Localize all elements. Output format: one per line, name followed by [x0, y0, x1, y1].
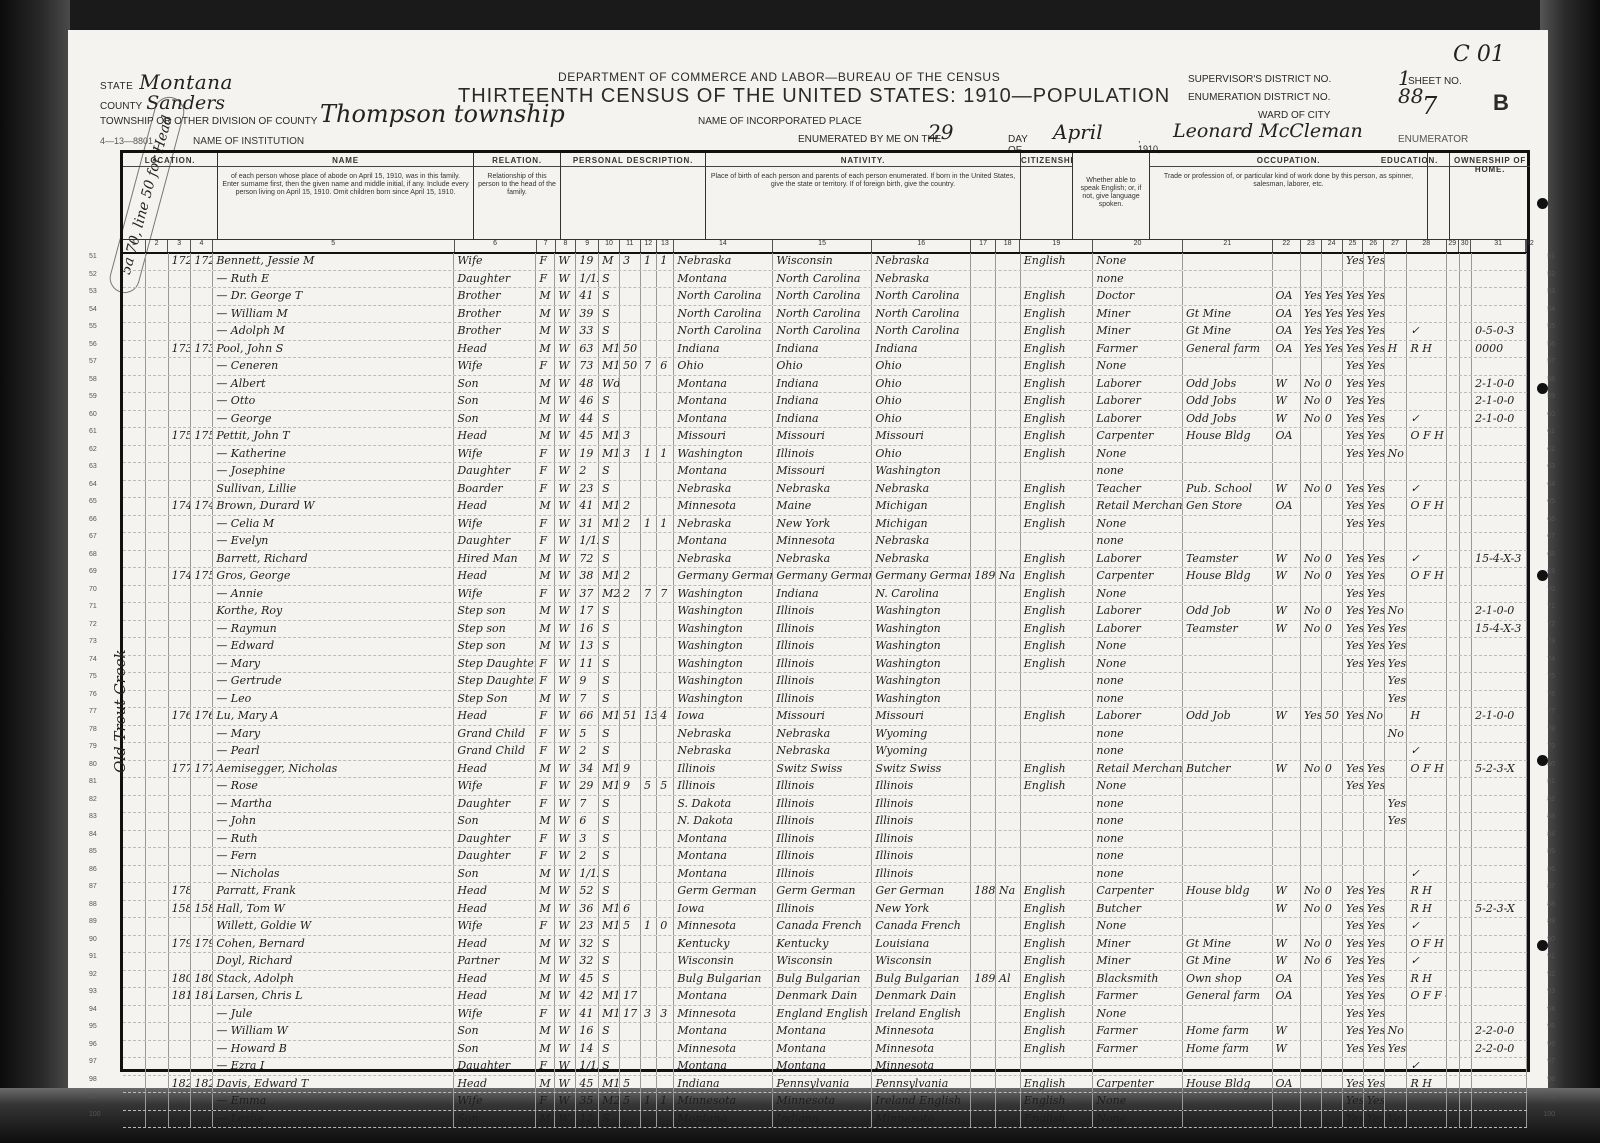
cell-mother-birth: Missouri [872, 428, 971, 445]
cell-blank2 [1460, 673, 1472, 690]
cell-birth: Montana [674, 533, 773, 550]
cell-industry [1183, 586, 1273, 603]
cell-language: English [1021, 1023, 1094, 1040]
cell-street [123, 848, 146, 865]
cell-write: Yes [1364, 1076, 1385, 1093]
column-number: 31 [1471, 240, 1526, 252]
table-row: 55— Adolph MBrotherMW33SNorth CarolinaNo… [123, 323, 1527, 341]
cell-born [641, 411, 657, 428]
department-heading: DEPARTMENT OF COMMERCE AND LABOR—BUREAU … [558, 70, 1000, 84]
cell-weeks: 0 [1322, 621, 1343, 638]
cell-blank2 [1460, 1093, 1472, 1110]
cell-blank2 [1460, 568, 1472, 585]
cell-years-married: 3 [620, 253, 641, 270]
table-row: 54— William MBrotherMW39SNorth CarolinaN… [123, 306, 1527, 324]
cell-race: W [555, 288, 576, 305]
cell-language: English [1021, 638, 1094, 655]
cell-father-birth: Illinois [773, 621, 872, 638]
cell-immig [971, 848, 996, 865]
cell-years-married: 6 [620, 901, 641, 918]
cell-living [657, 1041, 674, 1058]
cell-language: English [1021, 778, 1094, 795]
cell-house [146, 481, 169, 498]
cell-street [123, 411, 146, 428]
cell-living: 0 [657, 918, 674, 935]
cell-relation: Grand Child [454, 743, 536, 760]
cell-sex: M [536, 761, 555, 778]
cell-birth: Indiana [674, 1076, 773, 1093]
cell-weeks: 0 [1322, 393, 1343, 410]
cell-relation: Son [454, 1023, 536, 1040]
cell-school [1385, 323, 1408, 340]
cell-school [1385, 253, 1408, 270]
cell-street [123, 901, 146, 918]
cell-immig [971, 813, 996, 830]
sheet-number: 7 [1422, 92, 1437, 120]
cell-age: 48 [576, 376, 599, 393]
cell-industry: Odd Jobs [1183, 393, 1273, 410]
cell-trade: Carpenter [1093, 1076, 1183, 1093]
cell-relation: Daughter [454, 533, 536, 550]
cell-sex: F [536, 1006, 555, 1023]
cell-language: English [1021, 1093, 1094, 1110]
cell-house [146, 446, 169, 463]
cell-mother-birth: Nebraska [872, 481, 971, 498]
cell-language [1021, 691, 1094, 708]
cell-years-married [620, 306, 641, 323]
line-number-right: 99 [1547, 1093, 1555, 1100]
cell-natur [996, 1023, 1021, 1040]
cell-own: O F F 41 [1407, 988, 1447, 1005]
cell-trade: Farmer [1093, 988, 1183, 1005]
line-number: 68 [89, 551, 97, 558]
cell-birth: Washington [674, 673, 773, 690]
cell-birth: Montana [674, 1023, 773, 1040]
cell-street [123, 551, 146, 568]
cell-language: English [1021, 656, 1094, 673]
cell-immig [971, 323, 996, 340]
table-row: 59— OttoSonMW46SMontanaIndianaOhioEnglis… [123, 393, 1527, 411]
cell-relation: Wife [454, 358, 536, 375]
line-number: 70 [89, 586, 97, 593]
enumerator-label: ENUMERATOR [1398, 134, 1468, 145]
cell-ownership-code [1472, 271, 1527, 288]
cell-own [1407, 516, 1447, 533]
cell-family [191, 848, 213, 865]
cell-years-married: 50 [620, 341, 641, 358]
cell-natur [996, 866, 1021, 883]
cell-father-birth: North Carolina [773, 323, 872, 340]
cell-birth: Illinois [674, 761, 773, 778]
cell-blank1 [1447, 1093, 1459, 1110]
cell-write: Yes [1364, 953, 1385, 970]
cell-ownership-code: 15-4-X-3 [1472, 551, 1527, 568]
cell-family [191, 831, 213, 848]
cell-born [641, 796, 657, 813]
cell-blank1 [1447, 428, 1459, 445]
cell-house [146, 1093, 169, 1110]
cell-industry: House Bldg [1183, 568, 1273, 585]
cell-ownership-code [1472, 778, 1527, 795]
cell-sex: M [536, 288, 555, 305]
cell-years-married [620, 726, 641, 743]
column-number: 21 [1183, 240, 1273, 252]
cell-house [146, 341, 169, 358]
cell-birth: Nebraska [674, 726, 773, 743]
form-code: 4—13—8801 [100, 136, 153, 146]
cell-years-married: 5 [620, 918, 641, 935]
cell-trade: none [1093, 866, 1183, 883]
cell-family: 177 [191, 761, 213, 778]
cell-emp: W [1273, 1023, 1301, 1040]
cell-natur [996, 796, 1021, 813]
table-row: 57— CenerenWifeFW73M15076OhioOhioOhioEng… [123, 358, 1527, 376]
table-row: 86— NicholasSonMW1/12SMontanaIllinoisIll… [123, 866, 1527, 884]
cell-mother-birth: North Carolina [872, 323, 971, 340]
cell-weeks: Yes [1322, 306, 1343, 323]
cell-trade: Carpenter [1093, 428, 1183, 445]
cell-living: 5 [657, 778, 674, 795]
cell-natur [996, 376, 1021, 393]
cell-blank2 [1460, 288, 1472, 305]
cell-age: 16 [576, 1023, 599, 1040]
cell-father-birth: Denmark Dain [773, 988, 872, 1005]
cell-school [1385, 498, 1408, 515]
cell-name: — Howard B [213, 1041, 454, 1058]
cell-write: Yes [1364, 1006, 1385, 1023]
cell-street [123, 866, 146, 883]
cell-emp: W [1273, 411, 1301, 428]
cell-street [123, 306, 146, 323]
cell-school [1385, 288, 1408, 305]
cell-name: — William W [213, 1023, 454, 1040]
cell-out-work: No [1301, 953, 1322, 970]
cell-ownership-code: 15-4-X-3 [1472, 621, 1527, 638]
cell-birth: Minnesota [674, 1041, 773, 1058]
cell-dwelling [169, 358, 192, 375]
cell-family: 180 [191, 971, 213, 988]
cell-out-work: Yes [1301, 306, 1322, 323]
cell-living [657, 883, 674, 900]
cell-birth: Washington [674, 656, 773, 673]
cell-living: 1 [657, 446, 674, 463]
cell-birth: Montana [674, 988, 773, 1005]
cell-write: Yes [1364, 551, 1385, 568]
cell-trade: None [1093, 778, 1183, 795]
cell-family [191, 551, 213, 568]
cell-family: 179 [191, 936, 213, 953]
header-relation: RELATION.Relationship of this person to … [474, 153, 561, 239]
cell-dwelling: 176 [169, 708, 192, 725]
cell-living [657, 1023, 674, 1040]
cell-write: Yes [1364, 446, 1385, 463]
cell-house [146, 288, 169, 305]
cell-weeks [1322, 673, 1343, 690]
cell-years-married [620, 743, 641, 760]
table-row: 82— MarthaDaughterFW7SS. DakotaIllinoisI… [123, 796, 1527, 814]
column-number: 29 [1447, 240, 1459, 252]
cell-read: Yes [1343, 656, 1364, 673]
cell-living [657, 551, 674, 568]
cell-dwelling: 175 [169, 428, 192, 445]
cell-dwelling [169, 288, 192, 305]
line-number-right: 54 [1547, 306, 1555, 313]
cell-school: No [1385, 1023, 1408, 1040]
cell-language: English [1021, 516, 1094, 533]
cell-marital: M1 [599, 446, 620, 463]
cell-own: ✓ [1407, 743, 1447, 760]
cell-sex: M [536, 1076, 555, 1093]
cell-weeks: 0 [1322, 411, 1343, 428]
cell-weeks: 0 [1322, 883, 1343, 900]
cell-father-birth: Illinois [773, 901, 872, 918]
table-row: 64Sullivan, LillieBoarderFW23SNebraskaNe… [123, 481, 1527, 499]
cell-language: English [1021, 1041, 1094, 1058]
cell-dwelling [169, 1041, 192, 1058]
cell-out-work: No [1301, 761, 1322, 778]
column-number: 17 [971, 240, 996, 252]
cell-write: Yes [1364, 288, 1385, 305]
cell-birth: Iowa [674, 901, 773, 918]
cell-blank2 [1460, 761, 1472, 778]
cell-house [146, 551, 169, 568]
cell-family [191, 393, 213, 410]
cell-relation: Hired Man [454, 551, 536, 568]
table-row: 74— MaryStep DaughterFW11SWashingtonIlli… [123, 656, 1527, 674]
cell-emp: OA [1273, 288, 1301, 305]
cell-language: English [1021, 288, 1094, 305]
column-number: 30 [1459, 240, 1471, 252]
cell-mother-birth: N. Carolina [872, 586, 971, 603]
cell-race: W [555, 533, 576, 550]
cell-ownership-code [1472, 1006, 1527, 1023]
cell-read: Yes [1343, 428, 1364, 445]
cell-age: 1/12 [576, 271, 599, 288]
scan-border-left [0, 0, 70, 1143]
line-number: 92 [89, 971, 97, 978]
table-row: 87178Parratt, FrankHeadMW52SGerm GermanG… [123, 883, 1527, 901]
cell-dwelling: 174 [169, 498, 192, 515]
line-number-right: 72 [1547, 621, 1555, 628]
cell-race: W [555, 656, 576, 673]
cell-industry [1183, 866, 1273, 883]
cell-industry [1183, 778, 1273, 795]
cell-house [146, 988, 169, 1005]
cell-marital: M1 [599, 761, 620, 778]
cell-blank2 [1460, 1111, 1472, 1128]
cell-natur [996, 638, 1021, 655]
cell-emp [1273, 446, 1301, 463]
cell-industry: Gen Store [1183, 498, 1273, 515]
cell-school: Yes [1385, 813, 1408, 830]
cell-weeks [1322, 1023, 1343, 1040]
cell-language: English [1021, 761, 1094, 778]
cell-trade: Retail Merchant [1093, 498, 1183, 515]
cell-relation: Head [454, 1076, 536, 1093]
line-number-right: 51 [1547, 253, 1555, 260]
cell-mother-birth: Denmark Dain [872, 988, 971, 1005]
cell-school: Yes [1385, 673, 1408, 690]
cell-emp [1273, 533, 1301, 550]
cell-dwelling [169, 656, 192, 673]
cell-race: W [555, 411, 576, 428]
cell-relation: Son [454, 411, 536, 428]
cell-sex: F [536, 271, 555, 288]
cell-emp [1273, 1006, 1301, 1023]
cell-marital: S [599, 551, 620, 568]
cell-blank2 [1460, 743, 1472, 760]
cell-immig [971, 1023, 996, 1040]
cell-ownership-code: 0000 [1472, 341, 1527, 358]
cell-father-birth: Ohio [773, 358, 872, 375]
cell-trade: none [1093, 743, 1183, 760]
cell-weeks [1322, 656, 1343, 673]
cell-language: English [1021, 883, 1094, 900]
cell-immig [971, 586, 996, 603]
cell-blank1 [1447, 918, 1459, 935]
cell-years-married [620, 533, 641, 550]
cell-marital: S [599, 796, 620, 813]
cell-own [1407, 446, 1447, 463]
cell-blank2 [1460, 656, 1472, 673]
cell-sex: M [536, 341, 555, 358]
cell-years-married [620, 936, 641, 953]
cell-immig [971, 498, 996, 515]
cell-out-work: No [1301, 936, 1322, 953]
cell-street [123, 1023, 146, 1040]
cell-trade: Miner [1093, 936, 1183, 953]
cell-industry [1183, 533, 1273, 550]
cell-family [191, 813, 213, 830]
cell-marital: S [599, 1023, 620, 1040]
table-body: 51172172Bennett, Jessie MWifeFW19M311Neb… [123, 253, 1527, 1128]
cell-emp: W [1273, 376, 1301, 393]
cell-living [657, 936, 674, 953]
cell-house [146, 463, 169, 480]
cell-immig [971, 796, 996, 813]
cell-living: 1 [657, 516, 674, 533]
cell-birth: Nebraska [674, 551, 773, 568]
cell-read [1343, 691, 1364, 708]
cell-blank2 [1460, 428, 1472, 445]
table-row: 94— JuleWifeFW41M11733MinnesotaEngland E… [123, 1006, 1527, 1024]
cell-marital: S [599, 813, 620, 830]
cell-blank1 [1447, 866, 1459, 883]
cell-years-married: 5 [620, 1076, 641, 1093]
cell-sex: M [536, 638, 555, 655]
cell-read: Yes [1343, 1006, 1364, 1023]
cell-street [123, 498, 146, 515]
cell-birth: Ohio [674, 358, 773, 375]
line-number: 85 [89, 848, 97, 855]
cell-dwelling [169, 1058, 192, 1075]
cell-born [641, 428, 657, 445]
cell-name: — Pearl [213, 743, 454, 760]
cell-write: Yes [1364, 638, 1385, 655]
cell-school [1385, 761, 1408, 778]
line-number-right: 85 [1547, 848, 1555, 855]
cell-sex: F [536, 1093, 555, 1110]
cell-weeks: 0 [1322, 761, 1343, 778]
cell-marital: M1 [599, 918, 620, 935]
cell-father-birth: Missouri [773, 463, 872, 480]
line-number: 65 [89, 498, 97, 505]
cell-name: Aemisegger, Nicholas [213, 761, 454, 778]
cell-family [191, 376, 213, 393]
header-name: NAMEof each person whose place of abode … [218, 153, 474, 239]
cell-industry: Gt Mine [1183, 953, 1273, 970]
cell-living [657, 428, 674, 445]
cell-industry [1183, 271, 1273, 288]
sheet-number-field: SHEET NO. 7 B [1408, 76, 1462, 87]
line-number-right: 57 [1547, 358, 1555, 365]
cell-industry [1183, 358, 1273, 375]
cell-relation: Wife [454, 1093, 536, 1110]
cell-natur [996, 533, 1021, 550]
cell-father-birth: Illinois [773, 673, 872, 690]
cell-emp: OA [1273, 306, 1301, 323]
cell-trade: Teacher [1093, 481, 1183, 498]
cell-mother-birth: Illinois [872, 796, 971, 813]
cell-school [1385, 971, 1408, 988]
cell-age: 12 [576, 1111, 599, 1128]
cell-read [1343, 848, 1364, 865]
cell-family [191, 288, 213, 305]
cell-out-work [1301, 1093, 1322, 1110]
cell-living [657, 971, 674, 988]
cell-name: — Annie [213, 586, 454, 603]
cell-school: Yes [1385, 638, 1408, 655]
cell-family [191, 533, 213, 550]
cell-father-birth: Indiana [773, 341, 872, 358]
table-row: 77176176Lu, Mary AHeadFW66M151134IowaMis… [123, 708, 1527, 726]
line-number-right: 82 [1547, 796, 1555, 803]
line-number-right: 56 [1547, 341, 1555, 348]
cell-relation: Wife [454, 516, 536, 533]
cell-dwelling [169, 848, 192, 865]
cell-read: Yes [1343, 411, 1364, 428]
cell-age: 52 [576, 883, 599, 900]
cell-race: W [555, 691, 576, 708]
cell-blank1 [1447, 778, 1459, 795]
cell-father-birth: Indiana [773, 393, 872, 410]
county-value: Sanders [146, 92, 225, 114]
cell-blank2 [1460, 463, 1472, 480]
cell-house [146, 306, 169, 323]
cell-trade: Laborer [1093, 393, 1183, 410]
cell-sex: F [536, 743, 555, 760]
cell-birth: Montana [674, 1111, 773, 1128]
cell-years-married: 2 [620, 568, 641, 585]
sheet-side: B [1493, 90, 1509, 116]
cell-name: Parratt, Frank [213, 883, 454, 900]
cell-natur [996, 1041, 1021, 1058]
cell-industry: Gt Mine [1183, 306, 1273, 323]
cell-write: Yes [1364, 393, 1385, 410]
column-number: 12 [641, 240, 657, 252]
cell-read: Yes [1343, 446, 1364, 463]
cell-read: Yes [1343, 498, 1364, 515]
cell-write [1364, 673, 1385, 690]
cell-sex: F [536, 516, 555, 533]
cell-blank2 [1460, 1058, 1472, 1075]
cell-language [1021, 271, 1094, 288]
cell-marital: M1 [599, 516, 620, 533]
cell-born [641, 761, 657, 778]
cell-father-birth: Missouri [773, 708, 872, 725]
cell-race: W [555, 848, 576, 865]
line-number-right: 70 [1547, 586, 1555, 593]
